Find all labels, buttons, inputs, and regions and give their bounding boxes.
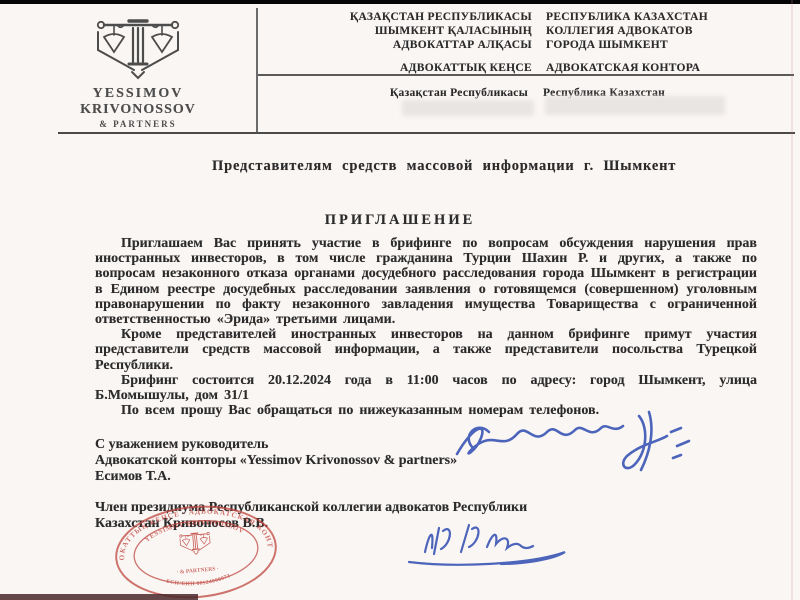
stamp-scales-icon xyxy=(180,532,211,556)
stamp-bin-text: БСН/БИН 08124008073 xyxy=(165,573,232,590)
firm-name-line3: & PARTNERS xyxy=(58,119,218,129)
signoff-name: Есимов Т.А. xyxy=(95,469,457,485)
org-ru-line: КОЛЛЕГИЯ АДВОКАТОВ xyxy=(546,25,791,39)
org-ru-line: ГОРОДА ШЫМКЕНТ xyxy=(546,39,791,53)
blurred-address-left xyxy=(402,100,534,116)
firm-logo: YESSIMOV KRIVONOSSOV & PARTNERS xyxy=(58,12,218,129)
country-label-kazakh: Қазақстан Республикасы xyxy=(300,87,528,99)
org-ru-line: РЕСПУБЛИКА КАЗАХСТАН xyxy=(546,11,791,25)
member-signature xyxy=(403,516,588,571)
letter-body: Приглашаем Вас принять участие в брифинг… xyxy=(95,236,757,418)
scales-of-justice-icon xyxy=(90,12,186,82)
signoff-greeting: С уважением руководитель xyxy=(95,437,457,453)
org-kz-line: ҚАЗАҚСТАН РЕСПУБЛИКАСЫ xyxy=(258,11,532,25)
paragraph-invitation: Приглашаем Вас принять участие в брифинг… xyxy=(95,236,757,327)
signoff-block: С уважением руководитель Адвокатской кон… xyxy=(95,437,457,485)
org-name-kazakh: ҚАЗАҚСТАН РЕСПУБЛИКАСЫ ШЫМКЕНТ ҚАЛАСЫНЫҢ… xyxy=(258,11,532,76)
signoff-office: Адвокатской конторы «Yessimov Krivonosso… xyxy=(95,453,457,469)
office-stamp: АДВОКАТТЫҚ КЕҢСЕ · АДВОКАТСКАЯ КОНТОРА Y… xyxy=(108,497,284,600)
blurred-address-right xyxy=(545,96,725,115)
paragraph-participants: Кроме представителей иностранных инвесто… xyxy=(95,327,757,373)
director-signature xyxy=(443,406,701,476)
paragraph-date-place: Брифинг состоится 20.12.2024 года в 11:0… xyxy=(95,373,757,403)
stamp-partners-text: · & PARTNERS · xyxy=(176,566,219,576)
scan-artifact-strip xyxy=(0,594,198,600)
org-kz-line: ШЫМКЕНТ ҚАЛАСЫНЫҢ xyxy=(258,25,532,39)
svg-text:БСН/БИН 08124008073: БСН/БИН 08124008073 xyxy=(165,573,232,590)
header-rule-full xyxy=(58,132,795,134)
org-name-russian: РЕСПУБЛИКА КАЗАХСТАН КОЛЛЕГИЯ АДВОКАТОВ … xyxy=(546,11,791,76)
scan-border-top xyxy=(0,0,800,4)
scanned-letter-page: YESSIMOV KRIVONOSSOV & PARTNERS ҚАЗАҚСТА… xyxy=(0,0,800,600)
org-kz-line: АДВОКАТТАР АЛҚАСЫ xyxy=(258,39,532,53)
addressee-line: Представителям средств массовой информац… xyxy=(212,158,762,175)
firm-name-line1: YESSIMOV xyxy=(58,86,218,102)
header-rule-partial xyxy=(258,74,794,76)
firm-name-line2: KRIVONOSSOV xyxy=(58,102,218,118)
scan-edge-tint xyxy=(791,0,793,600)
letter-title: ПРИГЛАШЕНИЕ xyxy=(0,212,800,229)
